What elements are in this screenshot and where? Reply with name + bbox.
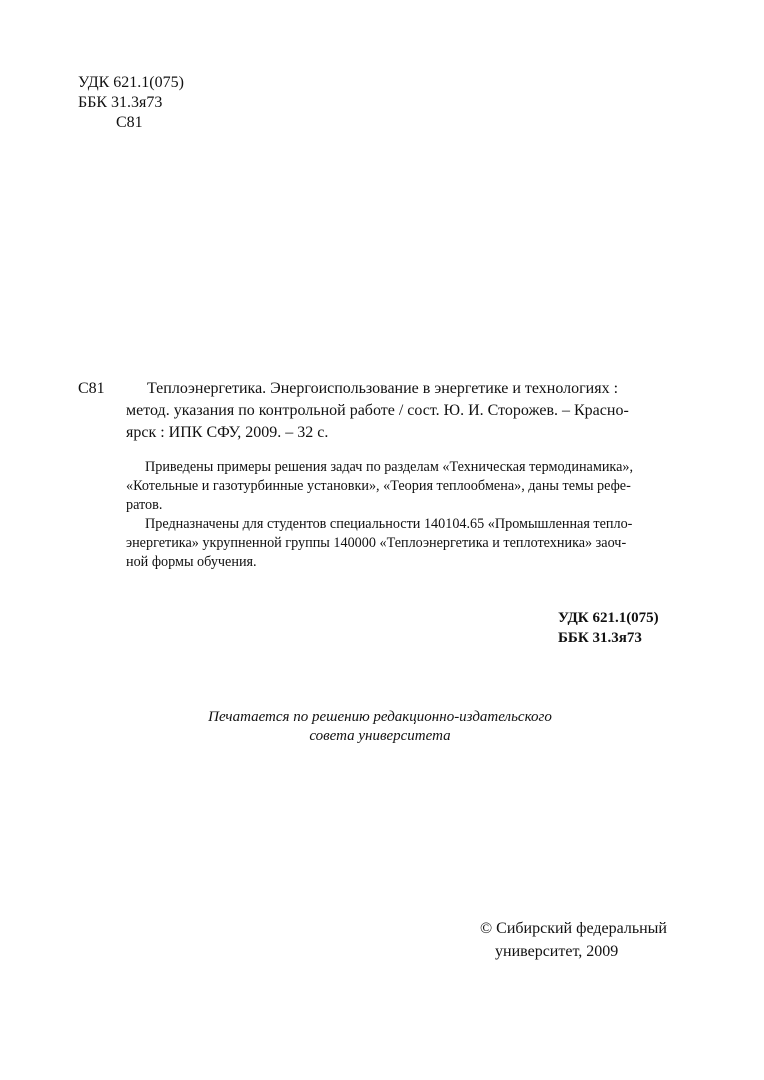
bib-line-2: метод. указания по контрольной работе / …: [126, 400, 677, 422]
bibliographic-record: Теплоэнергетика. Энергоиспользование в э…: [147, 378, 677, 444]
annotation-p2-line-3: ной формы обучения.: [126, 553, 676, 572]
classification-block-top: УДК 621.1(075) ББК 31.3я73 С81: [78, 73, 184, 133]
annotation: Приведены примеры решения задач по разде…: [126, 458, 676, 572]
classification-block-bold: УДК 621.1(075) ББК 31.3я73: [558, 608, 659, 648]
copyright-line-2: университет, 2009: [480, 940, 667, 963]
bbk-code: ББК 31.3я73: [78, 93, 184, 113]
bib-line-1: Теплоэнергетика. Энергоиспользование в э…: [147, 378, 677, 400]
approval-line-1: Печатается по решению редакционно-издате…: [150, 708, 610, 727]
copyright-notice: © Сибирский федеральный университет, 200…: [480, 917, 667, 963]
bbk-code-bold: ББК 31.3я73: [558, 628, 659, 648]
annotation-p1-line-2: «Котельные и газотурбинные установки», «…: [126, 477, 676, 496]
annotation-p2-line-2: энергетика» укрупненной группы 140000 «Т…: [126, 534, 676, 553]
bib-line-3: ярск : ИПК СФУ, 2009. – 32 с.: [126, 422, 677, 444]
udk-code-bold: УДК 621.1(075): [558, 608, 659, 628]
annotation-p1-line-1: Приведены примеры решения задач по разде…: [126, 458, 676, 477]
bib-author-mark: С81: [78, 378, 105, 400]
annotation-p1-line-3: ратов.: [126, 496, 676, 515]
author-mark: С81: [78, 113, 184, 133]
approval-note: Печатается по решению редакционно-издате…: [150, 708, 610, 746]
document-page: УДК 621.1(075) ББК 31.3я73 С81 С81 Тепло…: [0, 0, 764, 1080]
approval-line-2: совета университета: [150, 727, 610, 746]
annotation-p2-line-1: Предназначены для студентов специальност…: [126, 515, 676, 534]
copyright-line-1: © Сибирский федеральный: [480, 917, 667, 940]
udk-code: УДК 621.1(075): [78, 73, 184, 93]
